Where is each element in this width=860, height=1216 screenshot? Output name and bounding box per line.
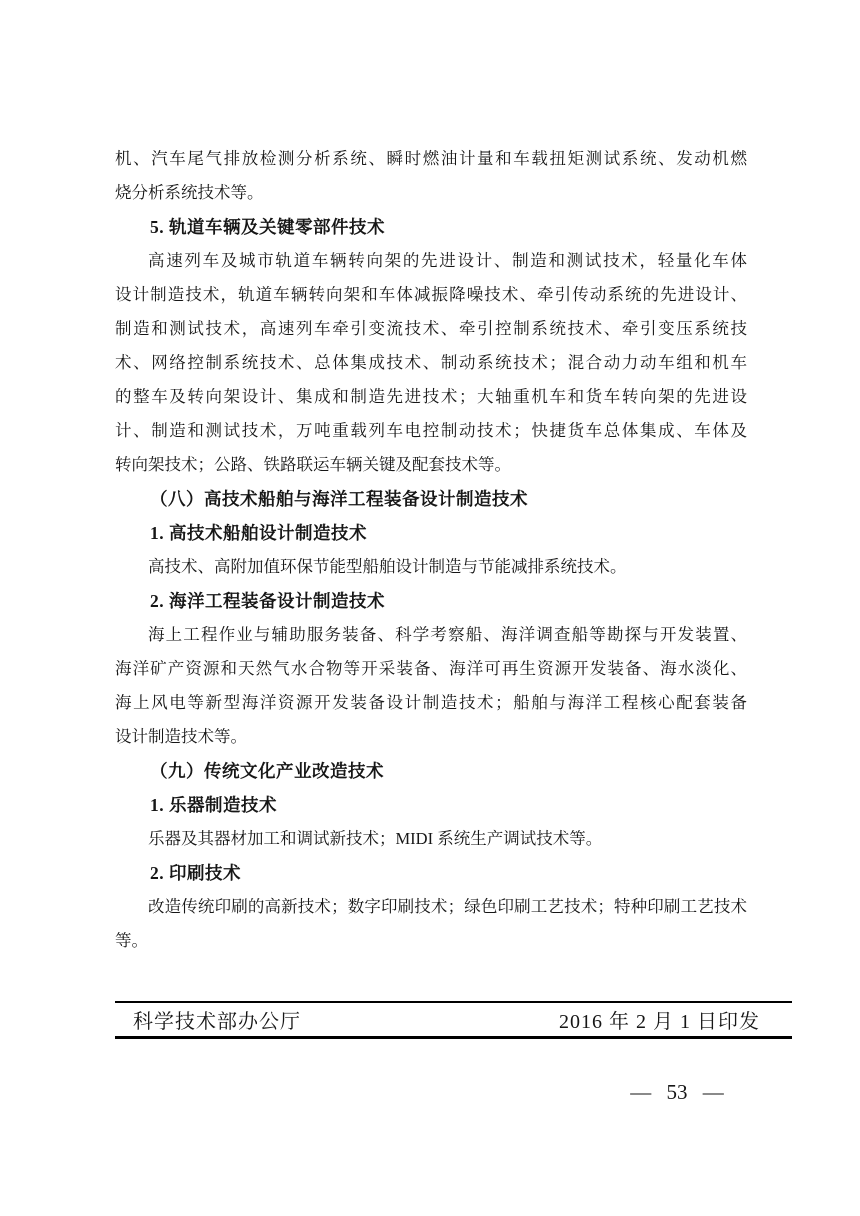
document-body: 机、汽车尾气排放检测分析系统、瞬时燃油计量和车载扭矩测试系统、发动机燃烧分析系统… [115,142,747,958]
text-line: 设计制造技术等。 [115,720,747,754]
print-date-label: 2016 年 2 月 1 日印发 [559,1005,760,1034]
section-heading: （九）传统文化产业改造技术 [115,754,747,788]
text-line: 海上风电等新型海洋资源开发装备设计制造技术；船舶与海洋工程核心配套装备 [115,686,747,720]
text-line: 烧分析系统技术等。 [115,176,747,210]
section-heading: 2. 海洋工程装备设计制造技术 [115,584,747,618]
text-line: 术、网络控制系统技术、总体集成技术、制动系统技术；混合动力动车组和机车 [115,346,747,380]
section-heading: （八）高技术船舶与海洋工程装备设计制造技术 [115,482,747,516]
text-line: 机、汽车尾气排放检测分析系统、瞬时燃油计量和车载扭矩测试系统、发动机燃 [115,142,747,176]
page-number: — 53 — [612,1080,742,1105]
text-line: 海洋矿产资源和天然气水合物等开采装备、海洋可再生资源开发装备、海水淡化、 [115,652,747,686]
text-line: 转向架技术；公路、铁路联运车辆关键及配套技术等。 [115,448,747,482]
text-line: 改造传统印刷的高新技术；数字印刷技术；绿色印刷工艺技术；特种印刷工艺技术 [115,890,747,924]
text-line: 的整车及转向架设计、集成和制造先进技术；大轴重机车和货车转向架的先进设 [115,380,747,414]
section-heading: 5. 轨道车辆及关键零部件技术 [115,210,747,244]
print-footer: 科学技术部办公厅 2016 年 2 月 1 日印发 [115,1001,792,1039]
text-line: 制造和测试技术，高速列车牵引变流技术、牵引控制系统技术、牵引变压系统技 [115,312,747,346]
text-line: 等。 [115,924,747,958]
section-heading: 1. 高技术船舶设计制造技术 [115,516,747,550]
issuing-office-label: 科学技术部办公厅 [133,1005,301,1034]
section-heading: 2. 印刷技术 [115,856,747,890]
text-line: 海上工程作业与辅助服务装备、科学考察船、海洋调查船等勘探与开发装置、 [115,618,747,652]
text-line: 高速列车及城市轨道车辆转向架的先进设计、制造和测试技术，轻量化车体 [115,244,747,278]
text-line: 设计制造技术，轨道车辆转向架和车体减振降噪技术、牵引传动系统的先进设计、 [115,278,747,312]
section-heading: 1. 乐器制造技术 [115,788,747,822]
text-line: 计、制造和测试技术，万吨重载列车电控制动技术；快捷货车总体集成、车体及 [115,414,747,448]
document-page: 机、汽车尾气排放检测分析系统、瞬时燃油计量和车载扭矩测试系统、发动机燃烧分析系统… [0,0,860,1216]
text-line: 高技术、高附加值环保节能型船舶设计制造与节能减排系统技术。 [115,550,747,584]
text-line: 乐器及其器材加工和调试新技术；MIDI 系统生产调试技术等。 [115,822,747,856]
